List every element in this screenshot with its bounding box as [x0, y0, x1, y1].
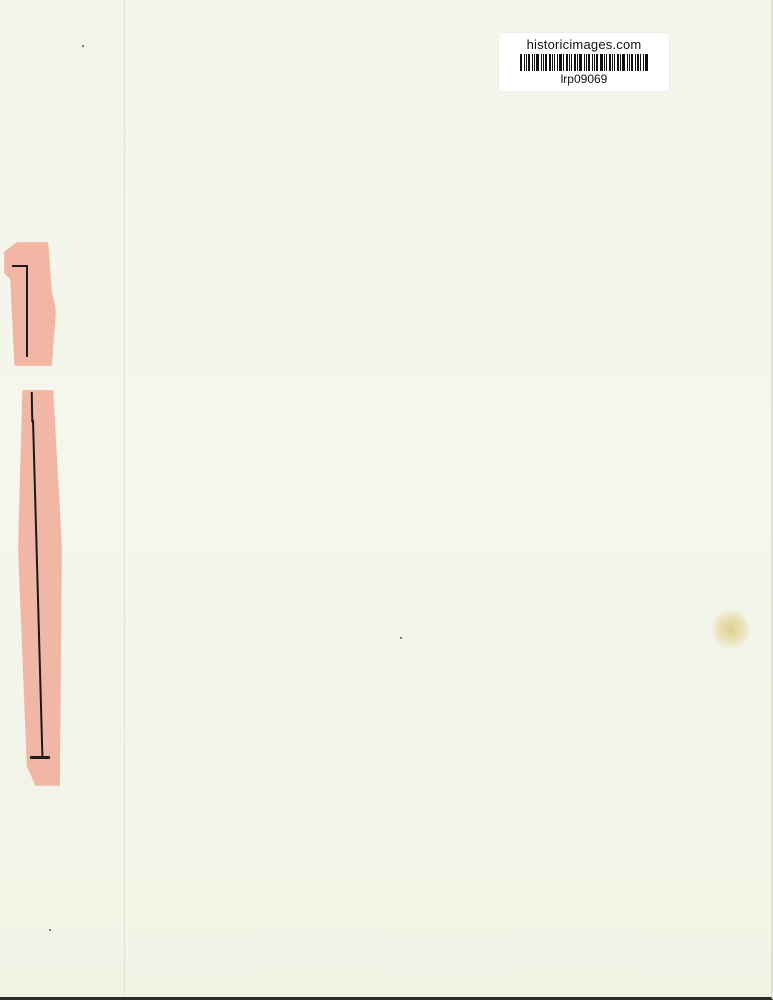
speck [49, 929, 51, 931]
sticker-site: historicimages.com [499, 37, 669, 52]
barcode-icon [499, 54, 669, 71]
sticker-code: lrp09069 [499, 72, 669, 86]
archive-sticker: historicimages.com lrp09069 [499, 33, 669, 91]
speck [82, 45, 84, 47]
photo-back: historicimages.com lrp09069 [0, 0, 773, 1000]
crop-mark [12, 265, 27, 267]
crop-mark [26, 265, 28, 357]
paper-crease [124, 0, 125, 997]
paper-stain [712, 608, 750, 650]
masking-tape-top [4, 242, 56, 366]
speck [400, 637, 402, 639]
crop-mark [30, 756, 50, 759]
